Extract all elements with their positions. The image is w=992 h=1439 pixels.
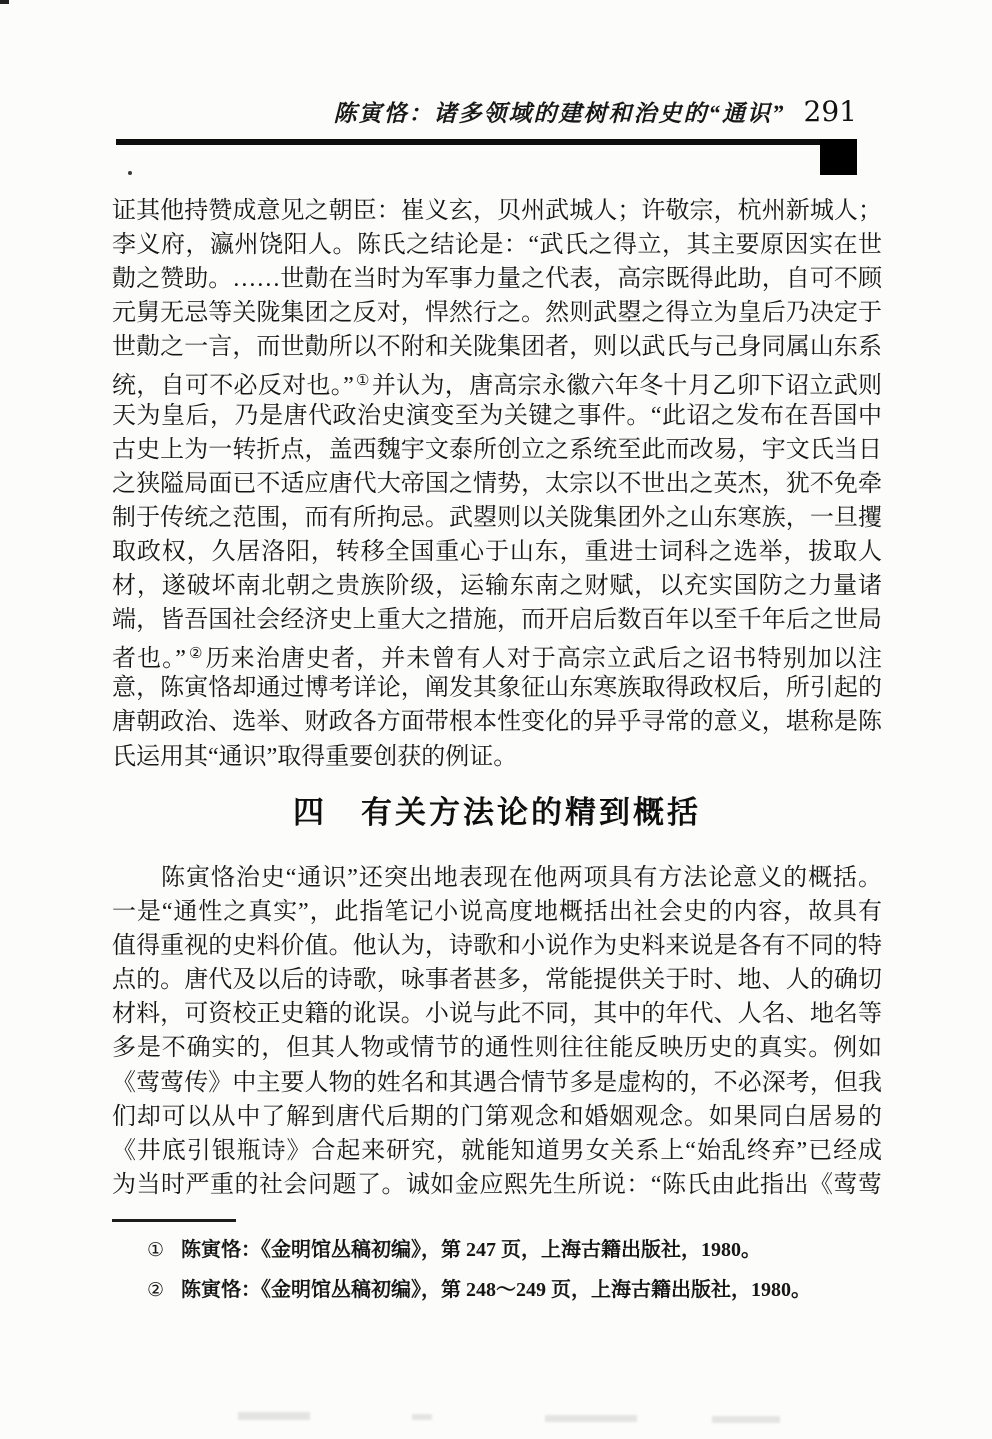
show-through-artifact (412, 1414, 432, 1420)
body-line: 材，遂破坏南北朝之贵族阶级，运输东南之财赋，以充实国防之力量诸 (112, 569, 882, 603)
footnote-text: 陈寅恪：《金明馆丛稿初编》，第 247 页，上海古籍出版社，1980。 (181, 1239, 761, 1261)
body-line: 氏运用其“通识”取得重要创获的例证。 (112, 740, 882, 774)
scan-speck (128, 171, 132, 175)
footnote-ref-1: ① (356, 373, 370, 389)
body-line: 古史上为一转折点，盖西魏宇文泰所创立之系统至此而改易，宇文氏当日 (112, 433, 882, 467)
body-line: 点的。唐代及以后的诗歌，咏事者甚多，常能提供关于时、地、人的确切 (112, 963, 882, 997)
body-line: 取政权，久居洛阳，转移全国重心于山东，重进士词科之选举，拔取人 (112, 535, 882, 569)
section-heading: 四有关方法论的精到概括 (112, 791, 882, 835)
body-line: 材料，可资校正史籍的讹误。小说与此不同，其中的年代、人名、地名等 (112, 997, 882, 1031)
footnote-text: 陈寅恪：《金明馆丛稿初编》，第 248～249 页，上海古籍出版社，1980。 (181, 1279, 811, 1301)
body-text: 者也。” (112, 646, 186, 672)
body-line: 陈寅恪治史“通识”还突出地表现在他两项具有方法论意义的概括。 (112, 861, 882, 895)
body-line: 证其他持赞成意见之朝臣：崔义玄，贝州武城人；许敬宗，杭州新城人； (112, 194, 882, 228)
body-line: 制于传统之范围，而有所拘忌。武曌则以关陇集团外之山东寒族，一旦攫 (112, 501, 882, 535)
body-line: 《井底引银瓶诗》合起来研究，就能知道男女关系上“始乱终弃”已经成 (112, 1134, 882, 1168)
body-line: 端，皆吾国社会经济史上重大之措施，而开启后数百年以至千年后之世局 (112, 603, 882, 637)
header-corner-block (820, 139, 857, 175)
section-title: 有关方法论的精到概括 (361, 795, 701, 830)
body-line: 勣之赞助。……世勣在当时为军事力量之代表，高宗既得此助，自可不顾 (112, 262, 882, 296)
body-line: 李义府，瀛州饶阳人。陈氏之结论是：“武氏之得立，其主要原因实在世 (112, 228, 882, 262)
body-line: 《莺莺传》中主要人物的姓名和其遇合情节多是虚构的，不必深考，但我 (112, 1066, 882, 1100)
body-line: 唐朝政治、选举、财政各方面带根本性变化的异乎寻常的意义，堪称是陈 (112, 705, 882, 739)
body-text: 历来治唐史者，并未曾有人对于高宗立武后之诏书特别加以注 (206, 646, 882, 672)
scanned-book-page: 陈寅恪：诸多领域的建树和治史的“通识” 291 证其他持赞成意见之朝臣：崔义玄，… (0, 0, 992, 1439)
body-line: 统，自可不必反对也。”①并认为，唐高宗永徽六年冬十月乙卯下诏立武则 (112, 364, 882, 398)
footnote-marker: ② (147, 1280, 164, 1301)
header-rule (116, 139, 857, 145)
body-line: 者也。”②历来治唐史者，并未曾有人对于高宗立武后之诏书特别加以注 (112, 637, 882, 671)
running-title: 陈寅恪：诸多领域的建树和治史的“通识” (334, 95, 786, 128)
footnote-ref-2: ② (188, 646, 204, 662)
footnote-item: ②陈寅恪：《金明馆丛稿初编》，第 248～249 页，上海古籍出版社，1980。 (147, 1276, 877, 1304)
body-line: 一是“通性之真实”，此指笔记小说高度地概括出社会史的内容，故具有 (112, 895, 882, 929)
scan-speck (0, 0, 9, 4)
paragraph-2: 陈寅恪治史“通识”还突出地表现在他两项具有方法论意义的概括。 一是“通性之真实”… (112, 861, 882, 1202)
page-number: 291 (804, 95, 857, 128)
show-through-artifact (238, 1412, 310, 1420)
show-through-artifact (545, 1415, 637, 1422)
body-line: 之狭隘局面已不适应唐代大帝国之情势，太宗以不世出之英杰，犹不免牵 (112, 467, 882, 501)
body-line: 们却可以从中了解到唐代后期的门第观念和婚姻观念。如果同白居易的 (112, 1100, 882, 1134)
footnote-marker: ① (147, 1240, 164, 1261)
body-line: 多是不确实的，但其人物或情节的通性则往往能反映历史的真实。例如 (112, 1031, 882, 1065)
body-text: 并认为，唐高宗永徽六年冬十月乙卯下诏立武则 (372, 373, 882, 399)
footnote-separator (112, 1219, 236, 1222)
body-line: 值得重视的史料价值。他认为，诗歌和小说作为史料来说是各有不同的特 (112, 929, 882, 963)
section-number: 四 (293, 795, 327, 830)
show-through-artifact (712, 1416, 780, 1423)
paragraph-1: 证其他持赞成意见之朝臣：崔义玄，贝州武城人；许敬宗，杭州新城人； 李义府，瀛州饶… (112, 194, 882, 774)
body-line: 意，陈寅恪却通过博考详论，阐发其象征山东寒族取得政权后，所引起的 (112, 671, 882, 705)
body-text: 统，自可不必反对也。” (112, 373, 354, 399)
body-line: 天为皇后，乃是唐代政治史演变至为关键之事件。“此诏之发布在吾国中 (112, 399, 882, 433)
body-line: 元舅无忌等关陇集团之反对，悍然行之。然则武曌之得立为皇后乃决定于 (112, 296, 882, 330)
body-line: 世勣之一言，而世勣所以不附和关陇集团者，则以武氏与己身同属山东系 (112, 330, 882, 364)
footnote-item: ①陈寅恪：《金明馆丛稿初编》，第 247 页，上海古籍出版社，1980。 (147, 1236, 877, 1264)
body-line: 为当时严重的社会问题了。诚如金应熙先生所说：“陈氏由此指出《莺莺 (112, 1168, 882, 1202)
page-header: 陈寅恪：诸多领域的建树和治史的“通识” 291 (334, 95, 857, 128)
